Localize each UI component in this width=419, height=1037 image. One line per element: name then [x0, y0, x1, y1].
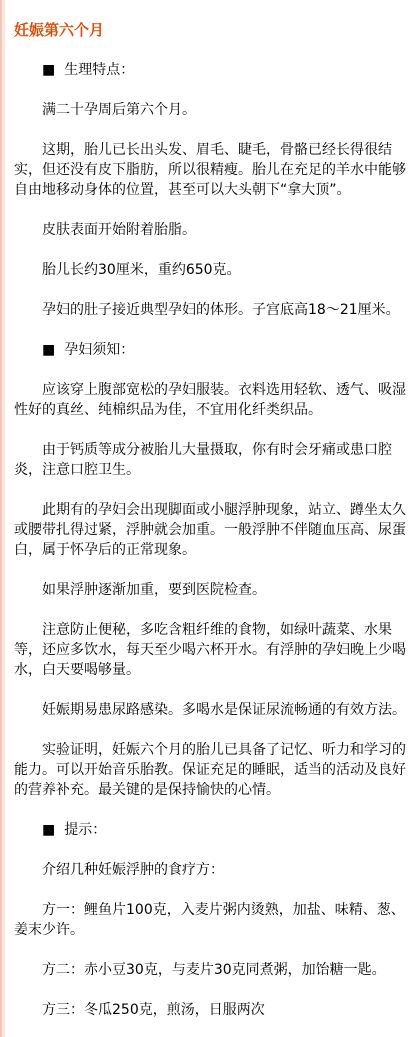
paragraph: 应该穿上腹部宽松的孕妇服装。衣料选用轻软、透气、吸湿性好的真丝、纯棉织品为佳，不…: [14, 380, 416, 420]
paragraph: 由于钙质等成分被胎儿大量摄取，你有时会牙痛或患口腔炎，注意口腔卫生。: [14, 440, 416, 480]
paragraph: 方二：赤小豆30克，与麦片30克同煮粥，加饴糖一匙。: [14, 960, 416, 980]
paragraph: 妊娠期易患尿路感染。多喝水是保证尿流畅通的有效方法。: [14, 700, 416, 720]
article-content: 妊娠第六个月 ■生理特点： 满二十孕周后第六个月。 这期，胎儿已长出头发、眉毛、…: [5, 0, 416, 1020]
document-page: 妊娠第六个月 ■生理特点： 满二十孕周后第六个月。 这期，胎儿已长出头发、眉毛、…: [0, 0, 419, 1037]
section-heading-label: 孕妇须知：: [64, 342, 134, 358]
paragraph: 方三：冬瓜250克，煎汤，日服两次: [14, 1000, 416, 1020]
section-heading-label: 提示：: [64, 822, 106, 838]
paragraph: 注意防止便秘，多吃含粗纤维的食物，如绿叶蔬菜、水果等，还应多饮水，每天至少喝六杯…: [14, 620, 416, 680]
paragraph: 方一：鲤鱼片100克，入麦片粥内烫熟，加盐、味精、葱、姜末少许。: [14, 900, 416, 940]
section-heading-label: 生理特点：: [64, 62, 134, 78]
square-bullet-icon: ■: [42, 340, 55, 360]
paragraph: 此期有的孕妇会出现脚面或小腿浮肿现象，站立、蹲坐太久或腰带扎得过紧，浮肿就会加重…: [14, 500, 416, 560]
square-bullet-icon: ■: [42, 60, 55, 80]
paragraph: 介绍几种妊娠浮肿的食疗方：: [14, 860, 416, 880]
paragraph: 皮肤表面开始附着胎脂。: [14, 220, 416, 240]
section-heading-physiology: ■生理特点：: [14, 60, 416, 80]
paragraph: 这期，胎儿已长出头发、眉毛、睫毛，骨骼已经长得很结实，但还没有皮下脂肪，所以很精…: [14, 140, 416, 200]
page-title: 妊娠第六个月: [14, 20, 416, 40]
section-heading-tips: ■提示：: [14, 820, 416, 840]
paragraph: 满二十孕周后第六个月。: [14, 100, 416, 120]
section-heading-notes: ■孕妇须知：: [14, 340, 416, 360]
paragraph: 孕妇的肚子接近典型孕妇的体形。子宫底高18～21厘米。: [14, 300, 416, 320]
paragraph: 胎儿长约30厘米，重约650克。: [14, 260, 416, 280]
square-bullet-icon: ■: [42, 820, 55, 840]
paragraph: 如果浮肿逐渐加重，要到医院检查。: [14, 580, 416, 600]
paragraph: 实验证明，妊娠六个月的胎儿已具备了记忆、听力和学习的能力。可以开始音乐胎教。保证…: [14, 740, 416, 800]
